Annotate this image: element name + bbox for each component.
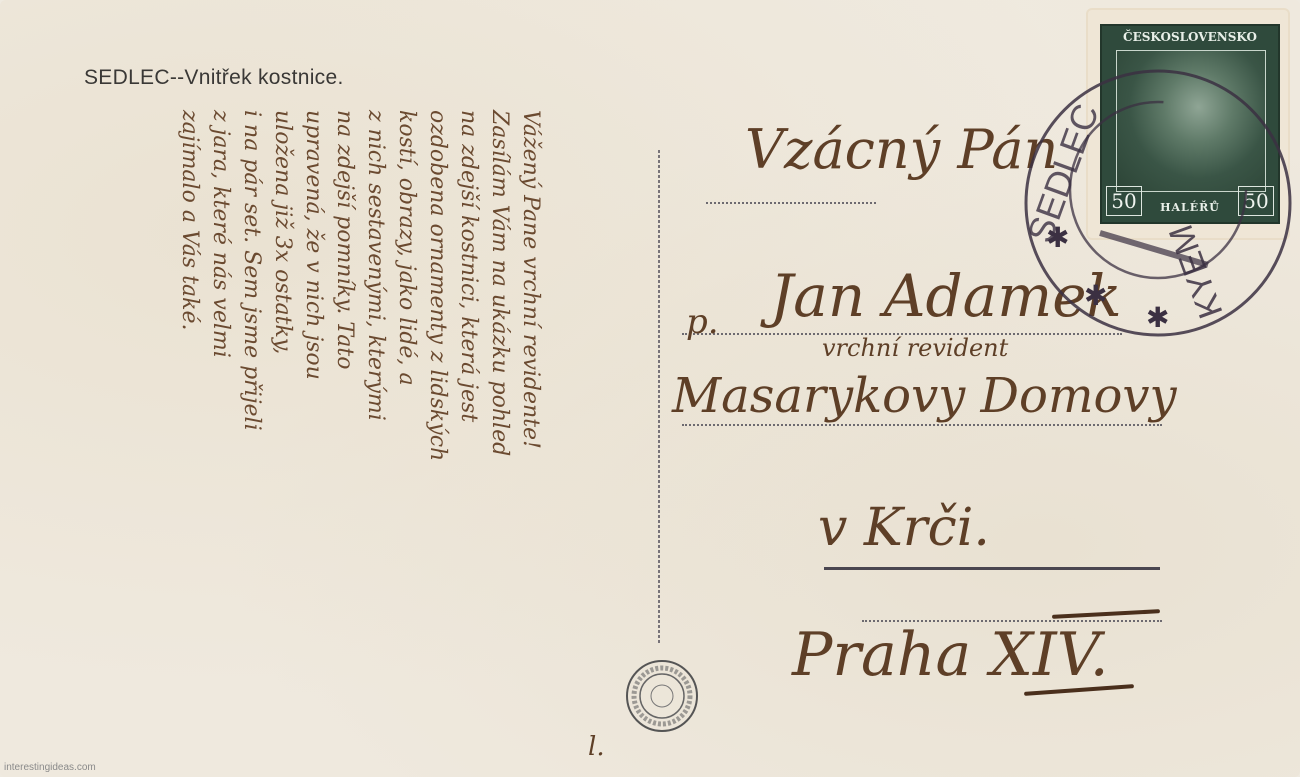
address-title: vrchní revident — [822, 334, 1008, 362]
center-divider-line — [658, 150, 660, 645]
handwritten-message: Vážený Pane vrchní revidente!Zasílám Vám… — [60, 100, 660, 760]
stamp-country: ČESKOSLOVENSKO — [1102, 30, 1278, 44]
stamp-value-right: 50 — [1238, 186, 1274, 216]
stamp-design: ČESKOSLOVENSKO 50 HALÉŘŮ 50 — [1100, 24, 1280, 224]
message-line: ozdobena ornamenty z lidských — [422, 110, 453, 750]
message-line: z jara, které nás velmi — [205, 110, 236, 750]
message-line: kostí, obrazy, jako lidé, a — [391, 110, 422, 750]
address-name-prefix: p. — [686, 302, 719, 342]
postcard-caption: SEDLEC--Vnitřek kostnice. — [84, 66, 344, 90]
message-lines: Vážený Pane vrchní revidente!Zasílám Vám… — [174, 110, 546, 750]
svg-text:✱: ✱ — [1046, 222, 1069, 253]
message-line: uložena již 3x ostatky, — [267, 110, 298, 750]
message-line: upravená, že v nich jsou — [298, 110, 329, 750]
city-overline — [1052, 609, 1160, 619]
address-name: Jan Adamek — [770, 262, 1122, 330]
message-line: Vážený Pane vrchní revidente! — [515, 110, 546, 750]
svg-text:✱: ✱ — [1146, 302, 1169, 333]
stamp-portrait — [1116, 50, 1266, 192]
message-line: i na pár set. Sem jsme přijeli — [236, 110, 267, 750]
page-mark: l. — [588, 732, 605, 762]
address-salutation: Vzácný Pán — [745, 118, 1058, 181]
address-line-1 — [706, 202, 876, 204]
message-line: na zdejší kostnici, která jest — [453, 110, 484, 750]
address-city: Praha XIV. — [792, 620, 1109, 690]
watermark: interestingideas.com — [4, 762, 96, 773]
address-institution: Masarykovy Domovy — [672, 368, 1177, 424]
postage-stamp: ČESKOSLOVENSKO 50 HALÉŘŮ 50 — [1088, 10, 1288, 238]
message-line: na zdejší pomníky. Tato — [329, 110, 360, 750]
address-line-3 — [682, 424, 1162, 426]
message-line: zajímalo a Vás také. — [174, 110, 205, 750]
postcard-back: SEDLEC--Vnitřek kostnice. Vážený Pane vr… — [0, 0, 1300, 777]
message-line: z nich sestavenými, kterými — [360, 110, 391, 750]
address-line-4 — [824, 567, 1160, 570]
message-line: Zasílám Vám na ukázku pohled — [484, 110, 515, 750]
printer-seal — [624, 658, 700, 734]
address-place: v Krči. — [818, 498, 990, 558]
